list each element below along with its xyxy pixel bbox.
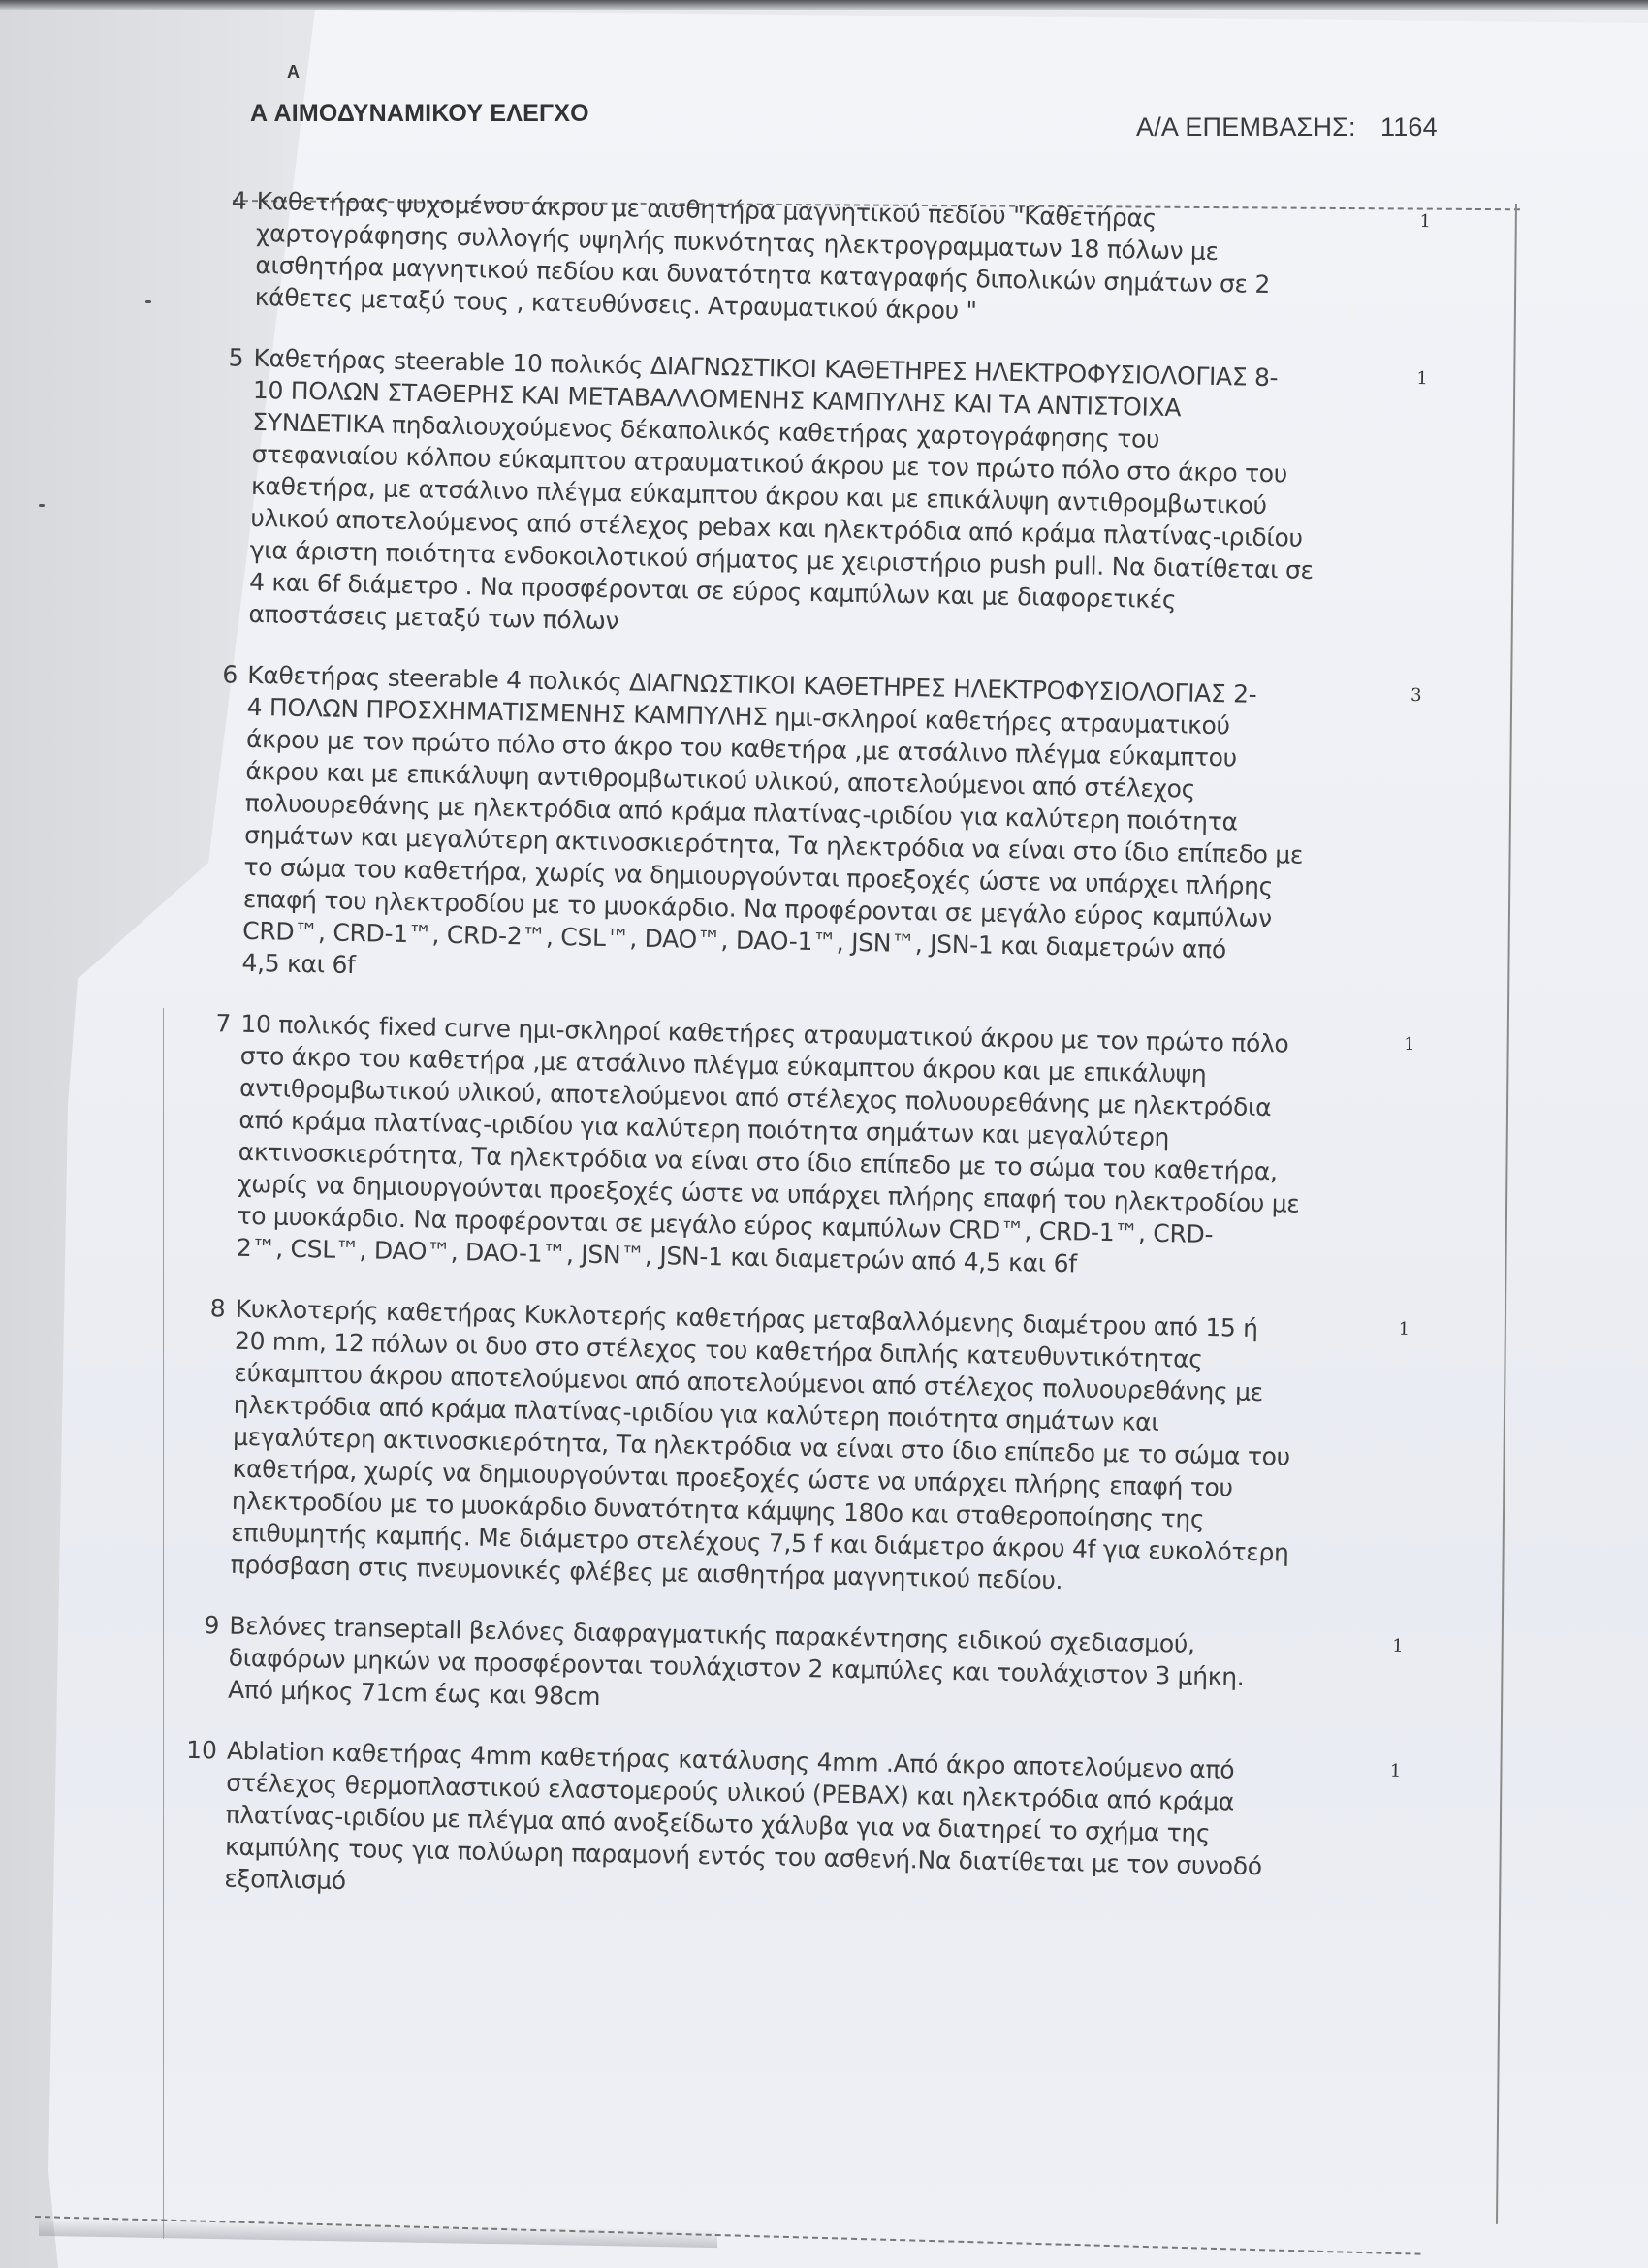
scanner-edge-shadow	[0, 0, 1648, 10]
spec-item-row: 8Κυκλοτερής καθετήρας Κυκλοτερής καθετήρ…	[181, 1292, 1505, 1605]
spec-item-row: 9Βελόνες transeptall βελόνες διαφραγματι…	[179, 1609, 1500, 1730]
spec-item-row: 5Καθετήρας steerable 10 πολικός ΔΙΑΓΝΩΣΤ…	[200, 341, 1523, 654]
item-description: 10 πολικός fixed curve ημι-σκληροί καθετ…	[237, 1008, 1347, 1285]
item-description: Κυκλοτερής καθετήρας Κυκλοτερής καθετήρα…	[230, 1293, 1340, 1602]
table-border-left	[163, 1008, 164, 2239]
spec-item-row: 710 πολικός fixed curve ημι-σκληροί καθε…	[188, 1007, 1511, 1288]
item-number: 5	[205, 341, 254, 374]
operation-number-value: 1164	[1380, 112, 1438, 142]
item-description: Καθετήρας steerable 10 πολικός ΔΙΑΓΝΩΣΤΙ…	[248, 342, 1358, 651]
item-description: Καθετήρας ψυχομένου άκρου με αισθητήρα μ…	[254, 185, 1361, 334]
item-number: 6	[199, 658, 248, 691]
spec-item-row: 10Ablation καθετήρας 4mm καθετήρας κατάλ…	[175, 1734, 1497, 1919]
item-number: 4	[207, 184, 257, 217]
item-quantity: 1	[1416, 368, 1428, 389]
item-quantity: 3	[1410, 685, 1422, 706]
item-quantity: 1	[1404, 1034, 1415, 1055]
item-quantity: 1	[1419, 211, 1431, 232]
item-number: 7	[192, 1007, 241, 1040]
item-number: 8	[186, 1292, 236, 1325]
item-description: Ablation καθετήρας 4mm καθετήρας κατάλυσ…	[224, 1735, 1332, 1916]
operation-number-label: Α/Α ΕΠΕΜΒΑΣΗΣ:	[1136, 112, 1356, 142]
specification-item-list: 4Καθετήρας ψυχομένου άκρου με αισθητήρα …	[175, 184, 1527, 1948]
item-quantity: 1	[1390, 1761, 1402, 1781]
item-quantity: 1	[1398, 1319, 1410, 1339]
spec-item-row: 4Καθετήρας ψυχομένου άκρου με αισθητήρα …	[206, 184, 1526, 337]
item-number: 9	[180, 1609, 230, 1642]
header-top-fragment: A	[287, 62, 300, 82]
scan-speck	[145, 300, 151, 303]
item-description: Καθετήρας steerable 4 πολικός ΔΙΑΓΝΩΣΤΙΚ…	[241, 659, 1352, 1000]
item-description: Βελόνες transeptall βελόνες διαφραγματικ…	[228, 1610, 1335, 1727]
item-number: 10	[178, 1734, 228, 1767]
scan-speck	[39, 504, 45, 507]
item-quantity: 1	[1392, 1636, 1404, 1656]
document-title: Α ΑΙΜΟΔΥΝΑΜΙΚΟΥ ΕΛΕΓΧΟ	[250, 100, 589, 128]
spec-item-row: 6Καθετήρας steerable 4 πολικός ΔΙΑΓΝΩΣΤΙ…	[193, 658, 1517, 1003]
